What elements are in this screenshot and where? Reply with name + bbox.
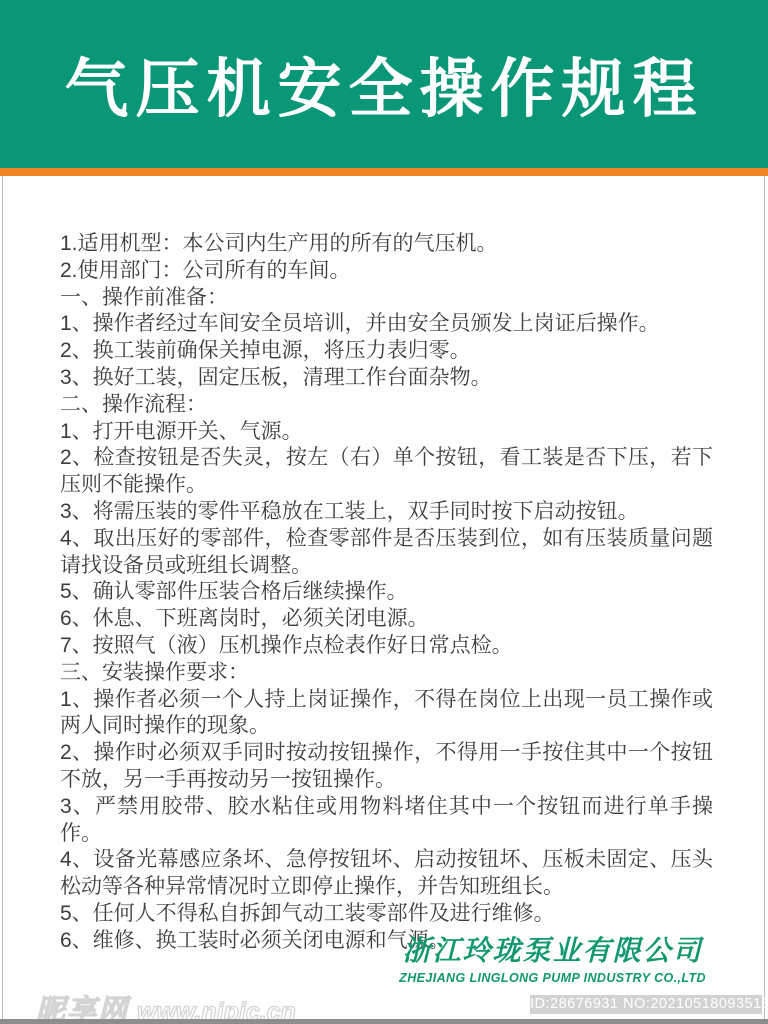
procedure-text: 1.适用机型：本公司内生产用的所有的气压机。 2.使用部门：公司所有的车间。 一… — [60, 231, 713, 955]
procedure-line: 1、操作者经过车间安全员培训，并由安全员颁发上岗证后操作。 — [60, 311, 713, 338]
procedure-line: 3、将需压装的零件平稳放在工装上，双手同时按下启动按钮。 — [60, 499, 713, 526]
procedure-line: 5、任何人不得私自拆卸气动工装零部件及进行维修。 — [60, 901, 713, 928]
procedure-line: 1、打开电源开关、气源。 — [60, 419, 713, 446]
procedure-line: 3、换好工装，固定压板，清理工作台面杂物。 — [60, 365, 713, 392]
procedure-line: 4、设备光幕感应条坏、急停按钮坏、启动按钮坏、压板未固定、压头松动等各种异常情况… — [60, 847, 713, 901]
procedure-line: 4、取出压好的零部件，检查零部件是否压装到位，如有压装质量问题请找设备员或班组长… — [60, 526, 713, 580]
page-edge-left — [2, 176, 3, 1019]
accent-stripe — [0, 168, 768, 176]
company-name-english: ZHEJIANG LINGLONG PUMP INDUSTRY CO.,LTD — [399, 971, 706, 985]
procedure-line: 6、休息、下班离岗时，必须关闭电源。 — [60, 606, 713, 633]
page-edge-right — [764, 176, 765, 1019]
section-heading: 二、操作流程： — [60, 392, 713, 419]
procedure-line: 2、检查按钮是否失灵，按左（右）单个按钮，看工装是否下压，若下压则不能操作。 — [60, 445, 713, 499]
company-signature: 浙江玲珑泵业有限公司 ZHEJIANG LINGLONG PUMP INDUST… — [399, 929, 706, 985]
procedure-line: 7、按照气（液）压机操作点检表作好日常点检。 — [60, 633, 713, 660]
procedure-line: 2、换工装前确保关掉电源，将压力表归零。 — [60, 338, 713, 365]
stock-image-id-badge: ID:28676931 NO:20210518093515401105 — [530, 995, 762, 1014]
company-name-chinese: 浙江玲珑泵业有限公司 — [399, 929, 706, 969]
section-heading: 三、安装操作要求： — [60, 660, 713, 687]
bottom-edge-bar — [0, 1019, 768, 1024]
procedure-line: 3、严禁用胶带、胶水粘住或用物料堵住其中一个按钮而进行单手操作。 — [60, 794, 713, 848]
section-heading: 一、操作前准备： — [60, 285, 713, 312]
procedure-line: 1、操作者必须一个人持上岗证操作，不得在岗位上出现一员工操作或两人同时操作的现象… — [60, 687, 713, 741]
safety-procedure-poster: 气压机安全操作规程 1.适用机型：本公司内生产用的所有的气压机。 2.使用部门：… — [0, 0, 768, 1024]
header-banner: 气压机安全操作规程 — [0, 0, 768, 168]
procedure-line: 5、确认零部件压装合格后继续操作。 — [60, 579, 713, 606]
procedure-line: 1.适用机型：本公司内生产用的所有的气压机。 — [60, 231, 713, 258]
procedure-line: 2、操作时必须双手同时按动按钮操作，不得用一手按住其中一个按钮不放，另一手再按动… — [60, 740, 713, 794]
page-title: 气压机安全操作规程 — [65, 38, 704, 130]
procedure-line: 2.使用部门：公司所有的车间。 — [60, 258, 713, 285]
